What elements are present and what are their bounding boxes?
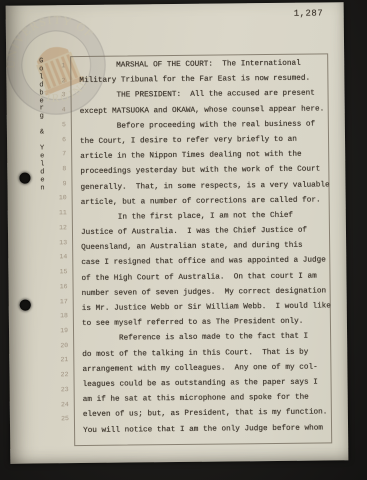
line-number: 20 xyxy=(49,342,68,349)
line-number: 4 xyxy=(47,106,66,113)
line-number: 7 xyxy=(47,150,66,157)
line-number: 15 xyxy=(48,268,67,275)
line-number: 13 xyxy=(48,239,67,246)
line-number: 6 xyxy=(47,136,66,143)
punch-hole-top xyxy=(19,173,30,184)
transcript-text-box: MARSHAL OF THE COURT: The InternationalM… xyxy=(70,53,332,446)
line-number: 19 xyxy=(49,327,68,334)
line-number: 1 xyxy=(46,62,65,69)
page-number: 1,287 xyxy=(294,8,338,18)
punch-hole-bottom xyxy=(20,300,31,311)
line-number: 17 xyxy=(49,298,68,305)
line-number: 24 xyxy=(50,401,69,408)
line-number: 11 xyxy=(48,209,67,216)
line-number: 14 xyxy=(48,254,67,261)
line-number: 18 xyxy=(49,312,68,319)
line-number: 3 xyxy=(47,92,66,99)
line-number: 23 xyxy=(50,386,69,393)
line-number: 9 xyxy=(47,180,66,187)
scanned-transcript-page: UNIVERSITY OF VIRGINIA 1,287 G o l d b e… xyxy=(6,2,349,464)
line-number: 16 xyxy=(49,283,68,290)
transcript-line: You will notice that I am the only Judge… xyxy=(83,424,331,442)
line-number: 12 xyxy=(48,224,67,231)
line-number: 10 xyxy=(48,195,67,202)
line-number: 8 xyxy=(47,165,66,172)
line-number: 21 xyxy=(49,357,68,364)
reporter-name-vertical: G o l d b e r g & Y e l d e n xyxy=(37,58,46,192)
line-number: 25 xyxy=(50,415,69,422)
line-number: 5 xyxy=(47,121,66,128)
line-number: 2 xyxy=(46,77,65,84)
line-number: 22 xyxy=(49,371,68,378)
